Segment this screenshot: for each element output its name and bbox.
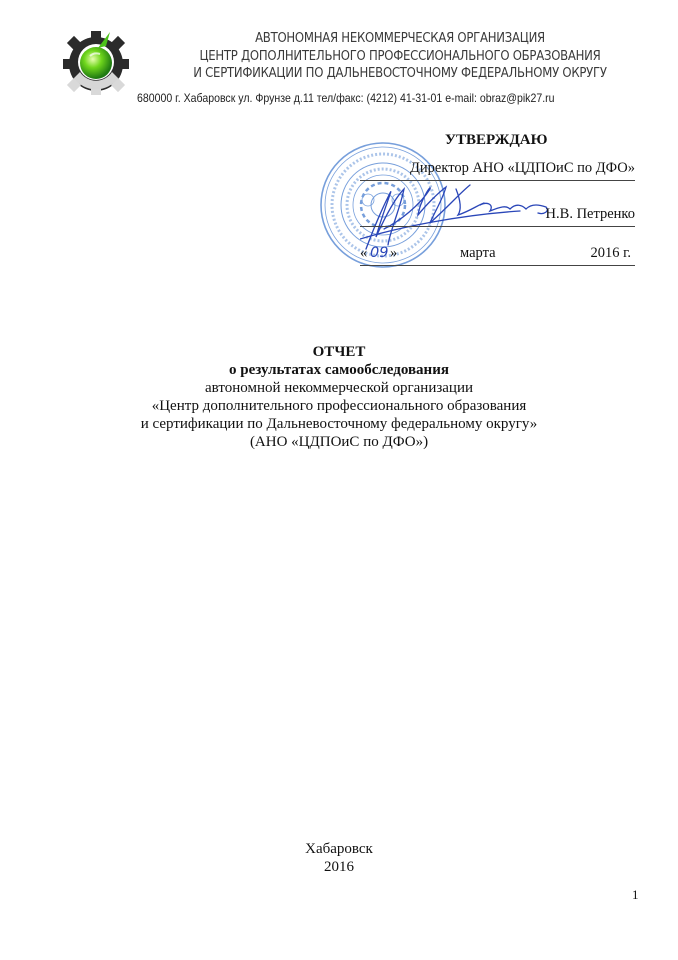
- contact-info: 680000 г. Хабаровск ул. Фрунзе д.11 тел/…: [137, 91, 555, 105]
- letterhead-line-3: И СЕРТИФИКАЦИИ ПО ДАЛЬНЕВОСТОЧНОМУ ФЕДЕР…: [185, 65, 615, 83]
- report-line-3: и сертификации по Дальневосточному федер…: [0, 415, 678, 433]
- date-quote-open: «: [360, 245, 367, 262]
- director-position-line: Директор АНО «ЦДПОиС по ДФО»: [360, 160, 635, 177]
- letterhead: АВТОНОМНАЯ НЕКОММЕРЧЕСКАЯ ОРГАНИЗАЦИЯ ЦЕ…: [0, 0, 678, 120]
- letterhead-line-2: ЦЕНТР ДОПОЛНИТЕЛЬНОГО ПРОФЕССИОНАЛЬНОГО …: [185, 48, 615, 66]
- page-number: 1: [632, 887, 639, 903]
- organization-name: АВТОНОМНАЯ НЕКОММЕРЧЕСКАЯ ОРГАНИЗАЦИЯ ЦЕ…: [150, 30, 650, 83]
- report-line-2: «Центр дополнительного профессионального…: [0, 397, 678, 415]
- director-name-line: Н.В. Петренко: [360, 206, 635, 223]
- signature-rule: [360, 226, 635, 227]
- date-month: марта: [460, 245, 496, 262]
- director-position: Директор АНО «ЦДПОиС по ДФО»: [410, 160, 635, 176]
- gear-with-green-apple-icon: [60, 26, 132, 98]
- date-quote-close: »: [390, 245, 397, 262]
- date-year: 2016 г.: [590, 245, 631, 262]
- report-title-block: ОТЧЕТ о результатах самообследования авт…: [0, 343, 678, 451]
- report-line-4: (АНО «ЦДПОиС по ДФО»): [0, 433, 678, 451]
- report-subtitle: о результатах самообследования: [0, 361, 678, 379]
- signature-rule: [360, 180, 635, 181]
- report-title: ОТЧЕТ: [0, 343, 678, 361]
- approval-title: УТВЕРЖДАЮ: [445, 132, 548, 149]
- director-name: Н.В. Петренко: [546, 206, 635, 222]
- city-year-block: Хабаровск 2016: [0, 840, 678, 876]
- date-rule: [360, 265, 635, 266]
- letterhead-line-1: АВТОНОМНАЯ НЕКОММЕРЧЕСКАЯ ОРГАНИЗАЦИЯ: [185, 30, 615, 48]
- date-day: 09: [370, 245, 388, 261]
- report-line-1: автономной некоммерческой организации: [0, 379, 678, 397]
- year: 2016: [0, 858, 678, 876]
- city: Хабаровск: [0, 840, 678, 858]
